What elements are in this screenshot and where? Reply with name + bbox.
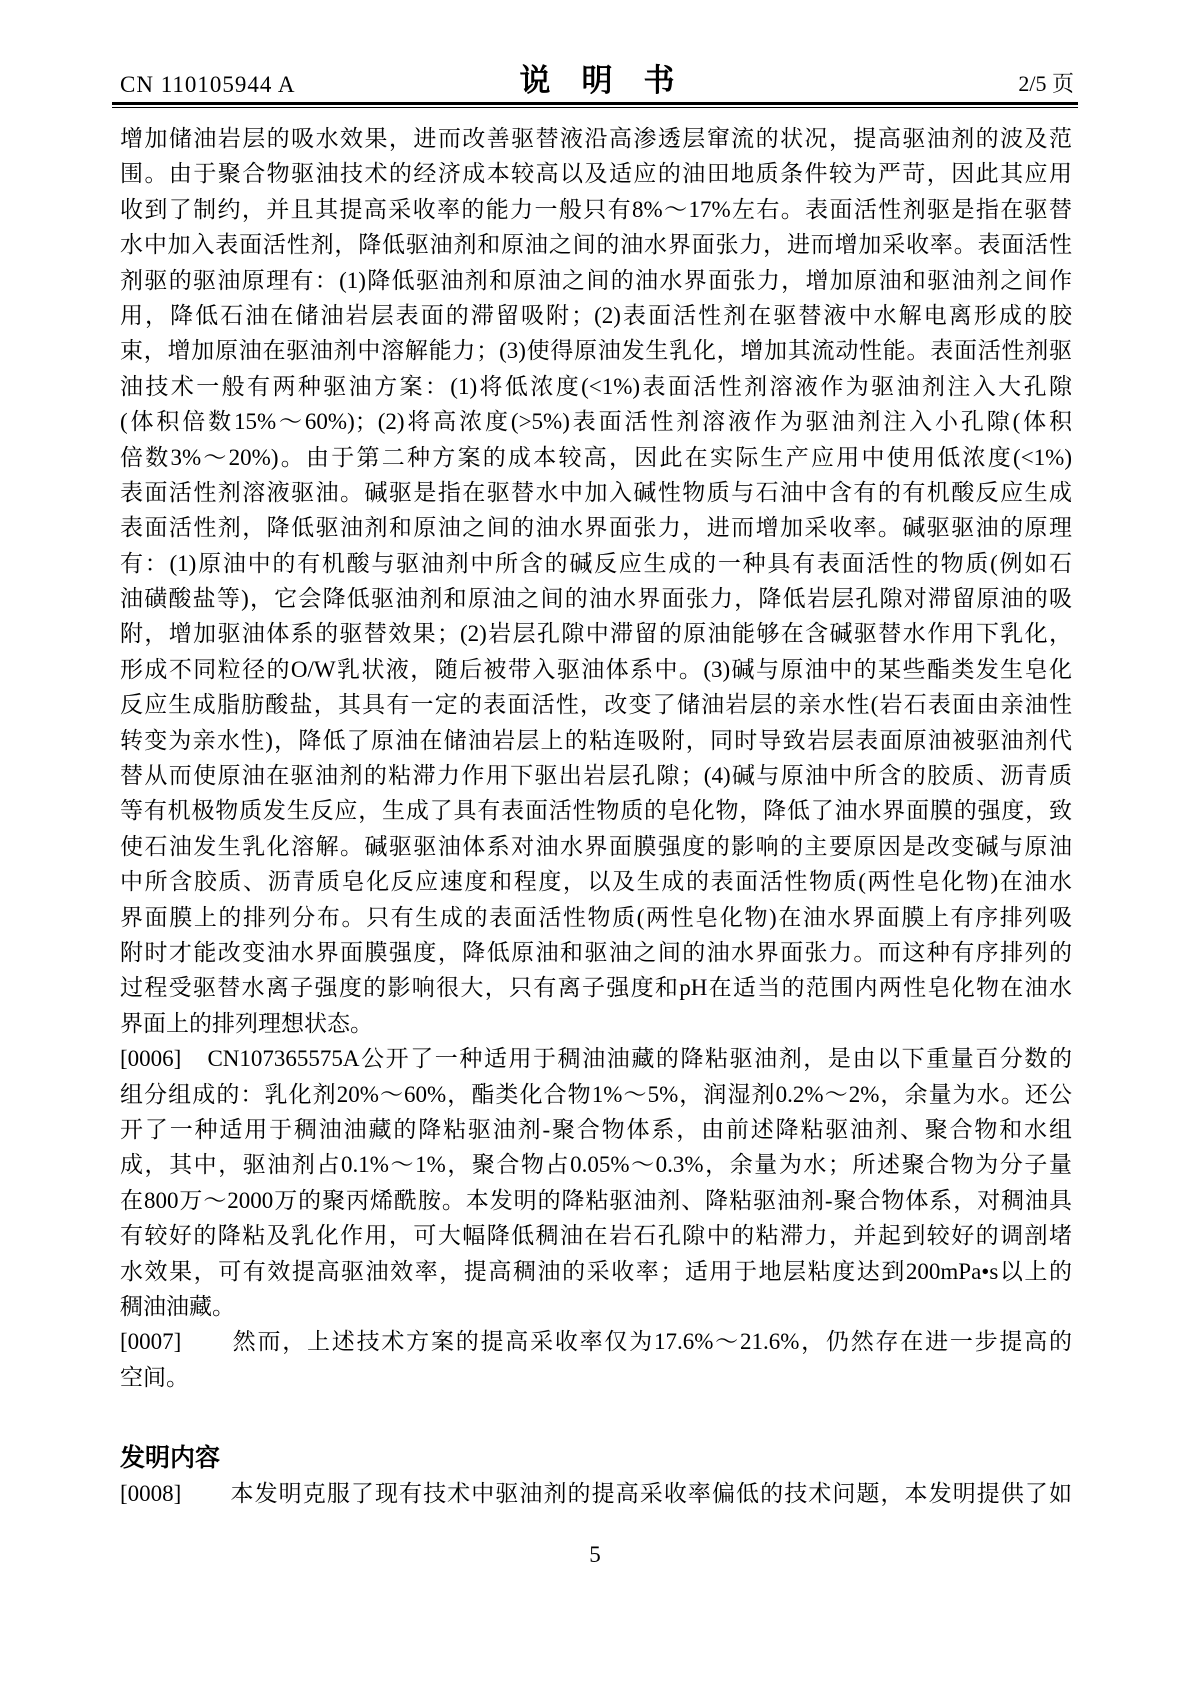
text-line: 中所含胶质、沥青质皂化反应速度和程度，以及生成的表面活性物质(两性皂化物)在油水 <box>120 864 1072 899</box>
text-line: 在800万～2000万的聚丙烯酰胺。本发明的降粘驱油剂、降粘驱油剂-聚合物体系，… <box>120 1183 1072 1218</box>
text-line: 油技术一般有两种驱油方案：(1)将低浓度(<1%)表面活性剂溶液作为驱油剂注入大… <box>120 369 1072 404</box>
text-line: 表面活性剂，降低驱油剂和原油之间的油水界面张力，进而增加采收率。碱驱驱油的原理 <box>120 510 1072 545</box>
text-line: 开了一种适用于稠油油藏的降粘驱油剂-聚合物体系，由前述降粘驱油剂、聚合物和水组 <box>120 1112 1072 1147</box>
text-line: 过程受驱替水离子强度的影响很大，只有离子强度和pH在适当的范围内两性皂化物在油水 <box>120 970 1072 1005</box>
text-line: 表面活性剂溶液驱油。碱驱是指在驱替水中加入碱性物质与石油中含有的有机酸反应生成 <box>120 475 1072 510</box>
page-indicator: 2/5 页 <box>1018 67 1074 98</box>
text-line: 倍数3%～20%)。由于第二种方案的成本较高，因此在实际生产应用中使用低浓度(<… <box>120 440 1072 475</box>
text-line: 增加储油岩层的吸水效果，进而改善驱替液沿高渗透层窜流的状况，提高驱油剂的波及范 <box>120 121 1072 156</box>
text-line: 附时才能改变油水界面膜强度，降低原油和驱油之间的油水界面张力。而这种有序排列的 <box>120 935 1072 970</box>
text-line: 围。由于聚合物驱油技术的经济成本较高以及适应的油田地质条件较为严苛，因此其应用 <box>120 156 1072 191</box>
page-footer: 5 <box>0 1542 1190 1568</box>
text-line-paragraph-0008: [0008] 本发明克服了现有技术中驱油剂的提高采收率偏低的技术问题，本发明提供… <box>120 1476 1072 1511</box>
text-line: 油磺酸盐等)，它会降低驱油剂和原油之间的油水界面张力，降低岩层孔隙对滞留原油的吸 <box>120 581 1072 616</box>
text-line: 有较好的降粘及乳化作用，可大幅降低稠油在岩石孔隙中的粘滞力，并起到较好的调剖堵 <box>120 1218 1072 1253</box>
text-line: 有：(1)原油中的有机酸与驱油剂中所含的碱反应生成的一种具有表面活性的物质(例如… <box>120 546 1072 581</box>
text-line: 水中加入表面活性剂，降低驱油剂和原油之间的油水界面张力，进而增加采收率。表面活性 <box>120 227 1072 262</box>
document-title: 说 明 书 <box>520 55 675 100</box>
text-line: 使石油发生乳化溶解。碱驱驱油体系对油水界面膜强度的影响的主要原因是改变碱与原油 <box>120 829 1072 864</box>
section-heading-invention-content: 发明内容 <box>120 1441 1072 1476</box>
text-line: 空间。 <box>120 1360 1072 1395</box>
text-line: 束，增加原油在驱油剂中溶解能力；(3)使得原油发生乳化，增加其流动性能。表面活性… <box>120 333 1072 368</box>
text-line: 形成不同粒径的O/W乳状液，随后被带入驱油体系中。(3)碱与原油中的某些酯类发生… <box>120 652 1072 687</box>
page-header: CN 110105944 A 说 明 书 2/5 页 <box>120 58 1074 100</box>
page-number: 5 <box>589 1542 601 1567</box>
text-line: 组分组成的：乳化剂20%～60%，酯类化合物1%～5%，润湿剂0.2%～2%，余… <box>120 1077 1072 1112</box>
text-line: 反应生成脂肪酸盐，其具有一定的表面活性，改变了储油岩层的亲水性(岩石表面由亲油性 <box>120 687 1072 722</box>
header-divider-rule <box>112 102 1078 108</box>
text-line: 替从而使原油在驱油剂的粘滞力作用下驱出岩层孔隙；(4)碱与原油中所含的胶质、沥青… <box>120 758 1072 793</box>
text-line: 等有机极物质发生反应，生成了具有表面活性物质的皂化物，降低了油水界面膜的强度，致 <box>120 793 1072 828</box>
text-line: 剂驱的驱油原理有：(1)降低驱油剂和原油之间的油水界面张力，增加原油和驱油剂之间… <box>120 263 1072 298</box>
section-gap <box>120 1395 1072 1441</box>
text-line: 用，降低石油在储油岩层表面的滞留吸附；(2)表面活性剂在驱替液中水解电离形成的胶 <box>120 298 1072 333</box>
text-line: 水效果，可有效提高驱油效率，提高稠油的采收率；适用于地层粘度达到200mPa•s… <box>120 1254 1072 1289</box>
text-line-paragraph-0007: [0007] 然而，上述技术方案的提高采收率仅为17.6%～21.6%，仍然存在… <box>120 1324 1072 1359</box>
text-line: 界面上的排列理想状态。 <box>120 1006 1072 1041</box>
specification-body: 增加储油岩层的吸水效果，进而改善驱替液沿高渗透层窜流的状况，提高驱油剂的波及范 … <box>120 121 1072 1512</box>
text-line-paragraph-0006: [0006] CN107365575A公开了一种适用于稠油油藏的降粘驱油剂，是由… <box>120 1041 1072 1076</box>
text-line: 界面膜上的排列分布。只有生成的表面活性物质(两性皂化物)在油水界面膜上有序排列吸 <box>120 900 1072 935</box>
text-line: 稠油油藏。 <box>120 1289 1072 1324</box>
text-line: 收到了制约，并且其提高采收率的能力一般只有8%～17%左右。表面活性剂驱是指在驱… <box>120 192 1072 227</box>
text-line: (体积倍数15%～60%)；(2)将高浓度(>5%)表面活性剂溶液作为驱油剂注入… <box>120 404 1072 439</box>
text-line: 附，增加驱油体系的驱替效果；(2)岩层孔隙中滞留的原油能够在含碱驱替水作用下乳化… <box>120 616 1072 651</box>
text-line: 转变为亲水性)，降低了原油在储油岩层上的粘连吸附，同时导致岩层表面原油被驱油剂代 <box>120 723 1072 758</box>
text-line: 成，其中，驱油剂占0.1%～1%，聚合物占0.05%～0.3%，余量为水；所述聚… <box>120 1147 1072 1182</box>
publication-number: CN 110105944 A <box>120 72 295 98</box>
patent-specification-page: CN 110105944 A 说 明 书 2/5 页 增加储油岩层的吸水效果，进… <box>0 0 1190 1684</box>
